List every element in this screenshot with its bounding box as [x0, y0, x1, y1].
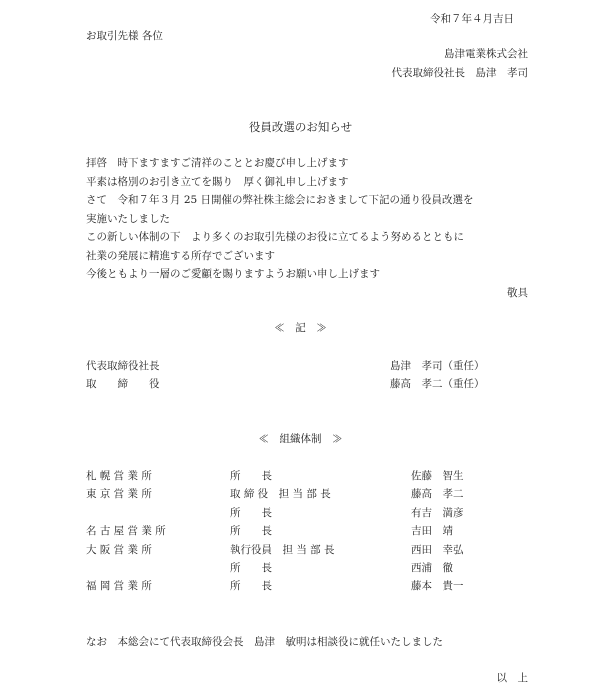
org-name: 西田 幸弘	[411, 543, 464, 557]
document-date: 令和７年４月吉日	[430, 12, 514, 26]
org-office: 名 古 屋 営 業 所	[86, 524, 166, 538]
org-office: 東 京 営 業 所	[86, 487, 152, 501]
officer-title: 代表取締役社長	[86, 359, 160, 373]
closing-note: なお 本総会にて代表取締役会長 島津 敏明は相談役に就任いたしました	[86, 635, 443, 649]
org-name: 吉田 靖	[411, 524, 453, 538]
document-title: 役員改選のお知らせ	[0, 120, 601, 134]
org-name: 藤本 貴一	[411, 579, 464, 593]
organization-heading: ≪ 組織体制 ≫	[0, 432, 601, 446]
company-name: 島津電業株式会社	[444, 47, 528, 61]
officer-name: 島津 孝司（重任）	[390, 359, 485, 373]
record-heading: ≪ 記 ≫	[0, 321, 601, 335]
body-line: この新しい体制の下 より多くのお取引先様のお役に立てるよう努めるとともに	[86, 230, 464, 244]
org-office: 福 岡 営 業 所	[86, 579, 152, 593]
body-line: さて 令和７年３月 25 日開催の弊社株主総会におきまして下記の通り役員改選を	[86, 193, 474, 207]
officer-name: 藤高 孝二（重任）	[390, 377, 485, 391]
org-name: 有吉 満彦	[411, 506, 464, 520]
body-line: 実施いたしました	[86, 212, 170, 226]
org-position: 所 長	[230, 561, 272, 575]
end-mark: 以 上	[497, 671, 529, 683]
org-position: 所 長	[230, 506, 272, 520]
recipient: お取引先様 各位	[86, 29, 163, 43]
sender: 代表取締役社長 島津 孝司	[392, 66, 529, 80]
org-office: 大 阪 営 業 所	[86, 543, 152, 557]
body-line: 拝啓 時下ますますご清祥のこととお慶び申し上げます	[86, 156, 349, 170]
body-line: 今後ともより一層のご愛顧を賜りますようお願い申し上げます	[86, 267, 380, 281]
org-name: 藤高 孝二	[411, 487, 464, 501]
officer-title: 取 締 役	[86, 377, 160, 391]
body-line: 社業の発展に精進する所存でございます	[86, 249, 275, 263]
org-position: 所 長	[230, 524, 272, 538]
org-name: 西浦 徹	[411, 561, 453, 575]
org-position: 執行役員 担 当 部 長	[230, 543, 335, 557]
org-name: 佐藤 智生	[411, 469, 464, 483]
body-line: 平素は格別のお引き立てを賜り 厚く御礼申し上げます	[86, 175, 349, 189]
org-position: 取 締 役 担 当 部 長	[230, 487, 331, 501]
org-position: 所 長	[230, 469, 272, 483]
org-position: 所 長	[230, 579, 272, 593]
org-office: 札 幌 営 業 所	[86, 469, 152, 483]
closing-keigu: 敬具	[507, 286, 528, 300]
